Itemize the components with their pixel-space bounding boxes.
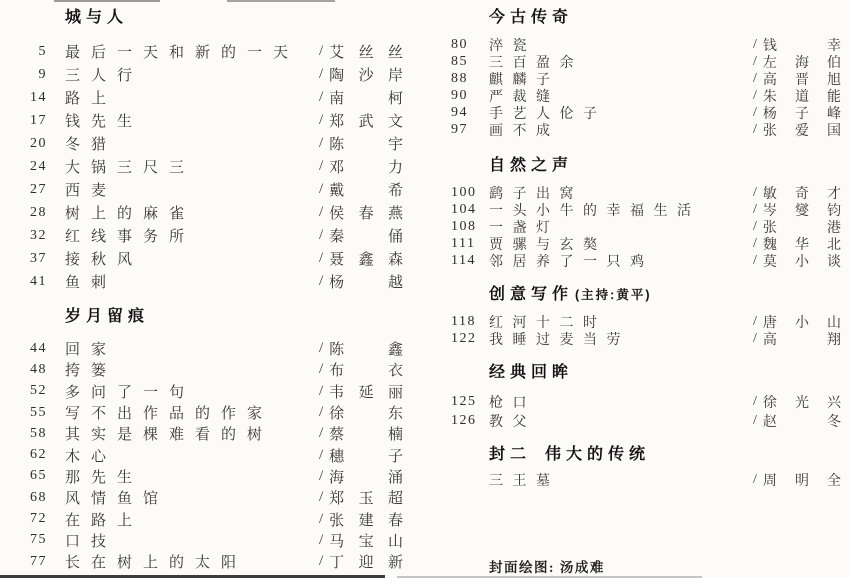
- entry-page-number: 75: [27, 532, 47, 548]
- author-slash: /: [319, 340, 323, 357]
- section-heading-text: 创意写作: [489, 286, 573, 303]
- entry-author-block: /穗子: [319, 445, 403, 466]
- entry-page-number: 94: [451, 105, 481, 121]
- toc-entry: 94手艺人伦子/杨子峰: [451, 104, 841, 121]
- entry-page-number: 44: [27, 341, 47, 357]
- author-slash: /: [319, 89, 323, 106]
- entry-author-block: /杨越: [319, 271, 403, 292]
- cover-art-credit: 封面绘图: 汤成难: [489, 556, 605, 576]
- author-slash: /: [319, 383, 323, 400]
- author-slash: /: [319, 511, 323, 528]
- entry-title: 风情鱼馆: [47, 487, 319, 508]
- author-slash: /: [753, 185, 757, 201]
- entry-title: 枪口: [481, 392, 753, 412]
- author-slash: /: [753, 219, 757, 235]
- toc-entry: 85三百盈余/左海伯: [451, 53, 841, 70]
- entry-title: 木心: [47, 445, 319, 466]
- entry-title: 长在树上的太阳: [47, 551, 319, 572]
- entry-page-number: 97: [451, 122, 481, 138]
- section-heading-suffix: 伟大的传统: [545, 446, 650, 463]
- entry-author-block: /张建春: [319, 509, 403, 530]
- author-slash: /: [319, 273, 323, 290]
- entry-title: 西麦: [47, 179, 319, 200]
- entry-author-block: /周明全: [753, 470, 841, 490]
- toc-entry: 68风情鱼馆/郑玉超: [27, 487, 403, 508]
- entry-page-number: 41: [27, 274, 47, 290]
- entry-page-number: 14: [27, 90, 47, 106]
- entry-page-number: 17: [27, 113, 47, 129]
- author-slash: /: [319, 468, 323, 485]
- section-entries: 44回家/陈鑫48挎篓/布衣52多问了一句/韦延丽55写不出作品的作家/徐东58…: [27, 338, 403, 572]
- entry-author-block: /韦延丽: [319, 381, 403, 402]
- author-slash: /: [753, 331, 757, 347]
- entry-author: 戴希: [329, 179, 403, 200]
- entry-author-block: /马宝山: [319, 530, 403, 551]
- author-slash: /: [753, 413, 757, 429]
- entry-title: 树上的麻雀: [47, 202, 319, 223]
- entry-page-number: 20: [27, 136, 47, 152]
- author-slash: /: [319, 112, 323, 129]
- section-heading-note: (主持:黄平): [575, 288, 652, 302]
- entry-author: 侯春燕: [329, 202, 403, 223]
- author-slash: /: [753, 394, 757, 410]
- author-slash: /: [753, 54, 757, 70]
- toc-entry: 88麒麟子/高晋旭: [451, 70, 841, 87]
- author-slash: /: [753, 202, 757, 218]
- entry-page-number: 111: [451, 236, 481, 252]
- entry-page-number: 100: [451, 185, 481, 201]
- toc-entry: 三王墓/周明全: [451, 471, 841, 489]
- author-slash: /: [753, 253, 757, 269]
- entry-author: 马宝山: [329, 530, 403, 551]
- right-column: 今古传奇80淬瓷/钱幸85三百盈余/左海伯88麒麟子/高晋旭90严裁缝/朱道能9…: [451, 0, 841, 489]
- author-slash: /: [753, 71, 757, 87]
- entry-author: 艾丝丝: [329, 41, 403, 62]
- entry-title: 写不出作品的作家: [47, 402, 319, 423]
- entry-author-block: /艾丝丝: [319, 41, 403, 62]
- section-entries: 118红河十二时/唐小山122我睡过麦当劳/高翔: [451, 313, 841, 347]
- entry-author-block: /戴希: [319, 179, 403, 200]
- section-heading-text: 自然之声: [489, 157, 573, 174]
- entry-author: 穗子: [329, 445, 403, 466]
- entry-author-block: /秦俑: [319, 225, 403, 246]
- entry-title: 红线事务所: [47, 225, 319, 246]
- toc-entry: 72在路上/张建春: [27, 508, 403, 529]
- author-slash: /: [319, 250, 323, 267]
- toc-entry: 44回家/陈鑫: [27, 338, 403, 359]
- author-slash: /: [753, 105, 757, 121]
- entry-author-block: /赵冬: [753, 411, 841, 431]
- entry-page-number: 52: [27, 383, 47, 399]
- toc-entry: 28树上的麻雀/侯春燕: [27, 201, 403, 224]
- entry-author: 丁迎新: [329, 551, 403, 572]
- toc-entry: 48挎篓/布衣: [27, 359, 403, 380]
- entry-author: 郑武文: [329, 110, 403, 131]
- entry-title: 三王墓: [481, 470, 753, 490]
- left-column: 城与人5最后一天和新的一天/艾丝丝9三人行/陶沙岸14路上/南柯17钱先生/郑武…: [27, 0, 403, 572]
- entry-page-number: 114: [451, 253, 481, 269]
- author-slash: /: [753, 236, 757, 252]
- entry-author-block: /郑玉超: [319, 487, 403, 508]
- section-heading-text: 城与人: [65, 9, 128, 26]
- author-slash: /: [319, 489, 323, 506]
- toc-section: 经典回眸125枪口/徐光兴126教父/赵冬: [451, 363, 841, 431]
- author-slash: /: [753, 472, 757, 488]
- section-heading-text: 今古传奇: [489, 9, 573, 26]
- entry-author: 赵冬: [763, 411, 841, 431]
- entry-title: 其实是棵难看的树: [47, 423, 319, 444]
- entry-page-number: 65: [27, 468, 47, 484]
- entry-author-block: /南柯: [319, 87, 403, 108]
- entry-title: 回家: [47, 338, 319, 359]
- entry-author-block: /陈宇: [319, 133, 403, 154]
- toc-entry: 65那先生/海涌: [27, 466, 403, 487]
- toc-entry: 108一盏灯/张港: [451, 218, 841, 235]
- entry-author-block: /徐东: [319, 402, 403, 423]
- entry-title: 那先生: [47, 466, 319, 487]
- toc-entry: 32红线事务所/秦俑: [27, 224, 403, 247]
- entry-page-number: 80: [451, 37, 481, 53]
- entry-author: 陈宇: [329, 133, 403, 154]
- author-slash: /: [319, 425, 323, 442]
- toc-section: 自然之声100鹞子出窝/敏奇才104一头小牛的幸福生活/岑燮钧108一盏灯/张港…: [451, 156, 841, 269]
- toc-entry: 41鱼刺/杨越: [27, 270, 403, 293]
- author-slash: /: [753, 122, 757, 138]
- toc-entry: 90严裁缝/朱道能: [451, 87, 841, 104]
- entry-author: 蔡楠: [329, 423, 403, 444]
- entry-author: 高翔: [763, 329, 841, 349]
- entry-author: 张爱国: [763, 120, 841, 140]
- author-slash: /: [319, 181, 323, 198]
- author-slash: /: [319, 532, 323, 549]
- author-slash: /: [319, 447, 323, 464]
- entry-page-number: 85: [451, 54, 481, 70]
- section-heading-text: 封二: [489, 446, 531, 463]
- entry-author-block: /聂鑫森: [319, 248, 403, 269]
- entry-author: 布衣: [329, 359, 403, 380]
- entry-title: 在路上: [47, 509, 319, 530]
- entry-page-number: 9: [27, 67, 47, 83]
- toc-entry: 5最后一天和新的一天/艾丝丝: [27, 40, 403, 63]
- entry-author-block: /丁迎新: [319, 551, 403, 572]
- entry-page-number: 72: [27, 511, 47, 527]
- entry-page-number: 104: [451, 202, 481, 218]
- entry-title: 多问了一句: [47, 381, 319, 402]
- entry-title: 教父: [481, 411, 753, 431]
- toc-entry: 126教父/赵冬: [451, 412, 841, 432]
- section-heading: 创意写作(主持:黄平): [489, 285, 841, 305]
- section-heading-text: 经典回眸: [489, 364, 573, 381]
- author-slash: /: [319, 43, 323, 60]
- entry-author: 聂鑫森: [329, 248, 403, 269]
- entry-page-number: 27: [27, 182, 47, 198]
- entry-page-number: 28: [27, 205, 47, 221]
- entry-author: 徐东: [329, 402, 403, 423]
- entry-page-number: 90: [451, 88, 481, 104]
- entry-author: 邓力: [329, 156, 403, 177]
- toc-entry: 114邻居养了一只鸡/莫小谈: [451, 252, 841, 269]
- entry-page-number: 125: [451, 394, 481, 410]
- section-heading: 封二伟大的传统: [489, 445, 841, 465]
- entry-page-number: 126: [451, 413, 481, 429]
- entry-title: 我睡过麦当劳: [481, 329, 753, 349]
- entry-author: 徐光兴: [763, 392, 841, 412]
- entry-page-number: 88: [451, 71, 481, 87]
- entry-title: 最后一天和新的一天: [47, 41, 319, 62]
- author-slash: /: [319, 361, 323, 378]
- section-entries: 5最后一天和新的一天/艾丝丝9三人行/陶沙岸14路上/南柯17钱先生/郑武文20…: [27, 40, 403, 293]
- entry-author-block: /邓力: [319, 156, 403, 177]
- entry-page-number: 118: [451, 314, 481, 330]
- section-heading-text: 岁月留痕: [65, 308, 149, 325]
- entry-author: 张建春: [329, 509, 403, 530]
- entry-title: 三人行: [47, 64, 319, 85]
- author-slash: /: [319, 204, 323, 221]
- entry-page-number: 58: [27, 426, 47, 442]
- entry-author: 周明全: [763, 470, 841, 490]
- section-entries: 125枪口/徐光兴126教父/赵冬: [451, 392, 841, 431]
- entry-page-number: 48: [27, 362, 47, 378]
- toc-section: 今古传奇80淬瓷/钱幸85三百盈余/左海伯88麒麟子/高晋旭90严裁缝/朱道能9…: [451, 8, 841, 138]
- toc-section: 城与人5最后一天和新的一天/艾丝丝9三人行/陶沙岸14路上/南柯17钱先生/郑武…: [27, 8, 403, 293]
- toc-entry: 58其实是棵难看的树/蔡楠: [27, 423, 403, 444]
- toc-entry: 20冬猎/陈宇: [27, 132, 403, 155]
- toc-entry: 27西麦/戴希: [27, 178, 403, 201]
- entry-title: 鱼刺: [47, 271, 319, 292]
- section-entries: 80淬瓷/钱幸85三百盈余/左海伯88麒麟子/高晋旭90严裁缝/朱道能94手艺人…: [451, 36, 841, 138]
- entry-author-block: /高翔: [753, 329, 841, 349]
- section-heading: 今古传奇: [489, 8, 841, 28]
- author-slash: /: [319, 158, 323, 175]
- author-slash: /: [319, 66, 323, 83]
- entry-author: 海涌: [329, 466, 403, 487]
- toc-section: 封二伟大的传统三王墓/周明全: [451, 445, 841, 489]
- toc-entry: 122我睡过麦当劳/高翔: [451, 330, 841, 347]
- entry-title: 挎篓: [47, 359, 319, 380]
- section-heading: 自然之声: [489, 156, 841, 176]
- author-slash: /: [753, 88, 757, 104]
- author-slash: /: [319, 227, 323, 244]
- entry-author: 南柯: [329, 87, 403, 108]
- entry-author: 秦俑: [329, 225, 403, 246]
- toc-entry: 37接秋风/聂鑫森: [27, 247, 403, 270]
- entry-author: 韦延丽: [329, 381, 403, 402]
- toc-entry: 9三人行/陶沙岸: [27, 63, 403, 86]
- author-slash: /: [319, 404, 323, 421]
- toc-entry: 77长在树上的太阳/丁迎新: [27, 551, 403, 572]
- entry-page-number: 5: [27, 44, 47, 60]
- toc-entry: 14路上/南柯: [27, 86, 403, 109]
- entry-author: 莫小谈: [763, 251, 841, 271]
- toc-entry: 80淬瓷/钱幸: [451, 36, 841, 53]
- section-entries: 100鹞子出窝/敏奇才104一头小牛的幸福生活/岑燮钧108一盏灯/张港111贾…: [451, 184, 841, 269]
- toc-page: 城与人5最后一天和新的一天/艾丝丝9三人行/陶沙岸14路上/南柯17钱先生/郑武…: [0, 0, 850, 578]
- entry-page-number: 55: [27, 405, 47, 421]
- entry-title: 画不成: [481, 120, 753, 140]
- entry-author-block: /蔡楠: [319, 423, 403, 444]
- entry-author: 杨越: [329, 271, 403, 292]
- toc-entry: 111贾骡与玄獒/魏华北: [451, 235, 841, 252]
- entry-title: 邻居养了一只鸡: [481, 251, 753, 271]
- author-slash: /: [319, 135, 323, 152]
- entry-title: 冬猎: [47, 133, 319, 154]
- section-heading: 城与人: [65, 8, 403, 28]
- section-heading: 岁月留痕: [65, 307, 403, 327]
- entry-page-number: 24: [27, 159, 47, 175]
- toc-entry: 55写不出作品的作家/徐东: [27, 402, 403, 423]
- entry-page-number: 37: [27, 251, 47, 267]
- entry-page-number: 68: [27, 490, 47, 506]
- toc-entry: 118红河十二时/唐小山: [451, 313, 841, 330]
- entry-author-block: /莫小谈: [753, 251, 841, 271]
- entry-author-block: /布衣: [319, 359, 403, 380]
- entry-page-number: 62: [27, 447, 47, 463]
- entry-author: 郑玉超: [329, 487, 403, 508]
- toc-entry: 97画不成/张爱国: [451, 121, 841, 138]
- toc-entry: 100鹞子出窝/敏奇才: [451, 184, 841, 201]
- toc-entry: 125枪口/徐光兴: [451, 392, 841, 412]
- entry-page-number: 77: [27, 554, 47, 570]
- entry-author-block: /徐光兴: [753, 392, 841, 412]
- entry-author-block: /郑武文: [319, 110, 403, 131]
- toc-entry: 62木心/穗子: [27, 444, 403, 465]
- entry-page-number: 122: [451, 331, 481, 347]
- entry-title: 钱先生: [47, 110, 319, 131]
- toc-section: 创意写作(主持:黄平)118红河十二时/唐小山122我睡过麦当劳/高翔: [451, 285, 841, 347]
- toc-entry: 104一头小牛的幸福生活/岑燮钧: [451, 201, 841, 218]
- toc-entry: 52多问了一句/韦延丽: [27, 381, 403, 402]
- author-slash: /: [753, 37, 757, 53]
- entry-author: 陈鑫: [329, 338, 403, 359]
- entry-title: 接秋风: [47, 248, 319, 269]
- entry-author-block: /侯春燕: [319, 202, 403, 223]
- entry-author: 陶沙岸: [329, 64, 403, 85]
- section-heading: 经典回眸: [489, 363, 841, 383]
- entry-author-block: /张爱国: [753, 120, 841, 140]
- entry-title: 口技: [47, 530, 319, 551]
- entry-page-number: 32: [27, 228, 47, 244]
- toc-entry: 24大锅三尺三/邓力: [27, 155, 403, 178]
- entry-author-block: /陈鑫: [319, 338, 403, 359]
- toc-entry: 75口技/马宝山: [27, 530, 403, 551]
- author-slash: /: [319, 553, 323, 570]
- entry-author-block: /海涌: [319, 466, 403, 487]
- entry-title: 大锅三尺三: [47, 156, 319, 177]
- author-slash: /: [753, 314, 757, 330]
- entry-page-number: 108: [451, 219, 481, 235]
- toc-section: 岁月留痕44回家/陈鑫48挎篓/布衣52多问了一句/韦延丽55写不出作品的作家/…: [27, 307, 403, 572]
- entry-author-block: /陶沙岸: [319, 64, 403, 85]
- section-entries: 三王墓/周明全: [451, 471, 841, 489]
- toc-entry: 17钱先生/郑武文: [27, 109, 403, 132]
- entry-title: 路上: [47, 87, 319, 108]
